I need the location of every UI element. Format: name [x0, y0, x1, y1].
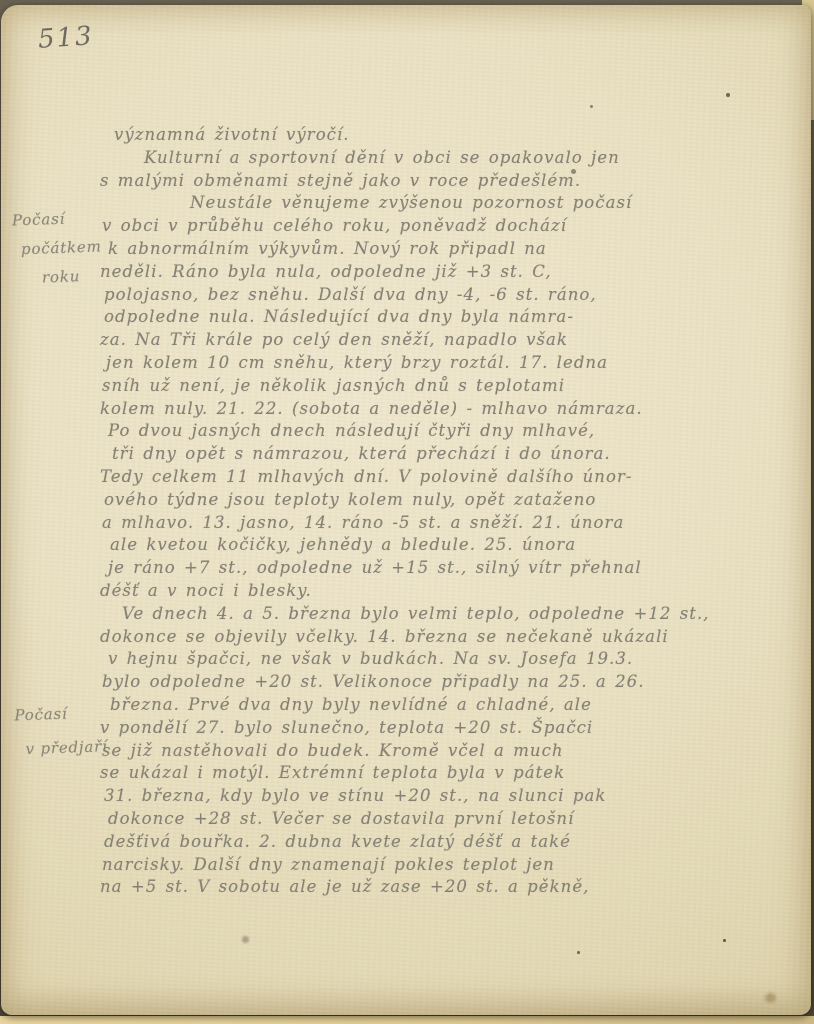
- handwritten-line: k abnormálním výkyvům. Nový rok připadl …: [100, 238, 748, 261]
- margin-note-line: počátkem: [9, 232, 102, 264]
- margin-note-weather-start-of-year: Počasí počátkem roku: [8, 203, 103, 293]
- handwritten-line: Kulturní a sportovní dění v obci se opak…: [100, 147, 748, 170]
- scanned-page-photo: 513 Počasí počátkem roku Počasí v předja…: [0, 0, 814, 1024]
- handwritten-line: března. Prvé dva dny byly nevlídné a chl…: [100, 694, 748, 717]
- handwritten-line: Po dvou jasných dnech následují čtyři dn…: [100, 420, 748, 443]
- handwritten-line: bylo odpoledne +20 st. Velikonoce připad…: [100, 671, 748, 694]
- handwritten-line: ale kvetou kočičky, jehnědy a bledule. 2…: [100, 534, 748, 557]
- margin-note-line: Počasí: [8, 203, 101, 235]
- paper-speck: [242, 936, 249, 943]
- handwritten-line: dokonce +28 st. Večer se dostavila první…: [100, 808, 748, 831]
- handwritten-line: dešťivá bouřka. 2. dubna kvete zlatý déš…: [100, 831, 748, 854]
- handwritten-line: tři dny opět s námrazou, která přechází …: [100, 443, 748, 466]
- handwritten-line: Tedy celkem 11 mlhavých dní. V polovině …: [100, 466, 748, 489]
- underlying-sheet-edge-bottom: [0, 1016, 814, 1024]
- margin-note-line: roku: [10, 261, 103, 293]
- handwritten-line: významná životní výročí.: [100, 124, 748, 147]
- page-number: 513: [37, 21, 95, 55]
- paper-stain: [765, 993, 776, 1003]
- handwritten-line: Neustále věnujeme zvýšenou pozornost poč…: [100, 192, 748, 215]
- chronicle-page: 513 Počasí počátkem roku Počasí v předja…: [1, 5, 811, 1015]
- paper-speck: [723, 939, 726, 942]
- handwritten-line: déšť a v noci i blesky.: [100, 580, 748, 603]
- handwritten-line: neděli. Ráno byla nula, odpoledne již +3…: [100, 261, 748, 284]
- handwritten-line: Ve dnech 4. a 5. března bylo velmi teplo…: [100, 603, 748, 626]
- paper-speck: [726, 93, 730, 97]
- margin-note-line: Počasí: [8, 695, 101, 732]
- handwritten-line: 31. března, kdy bylo ve stínu +20 st., n…: [100, 785, 748, 808]
- handwritten-line: narcisky. Další dny znamenají pokles tep…: [100, 854, 748, 877]
- handwritten-line: odpoledne nula. Následující dva dny byla…: [100, 306, 748, 329]
- handwritten-line: polojasno, bez sněhu. Další dva dny -4, …: [100, 284, 748, 307]
- handwritten-line: je ráno +7 st., odpoledne už +15 st., si…: [100, 557, 748, 580]
- handwritten-line: dokonce se objevily včelky. 14. března s…: [100, 626, 748, 649]
- margin-note-weather-early-spring: Počasí v předjaří: [8, 695, 102, 766]
- handwritten-line: za. Na Tři krále po celý den sněží, napa…: [100, 329, 748, 352]
- handwritten-line: se již nastěhovali do budek. Kromě včel …: [100, 740, 748, 763]
- handwritten-body-text: významná životní výročí. Kulturní a spor…: [100, 124, 748, 899]
- handwritten-line: se ukázal i motýl. Extrémní teplota byla…: [100, 762, 748, 785]
- handwritten-line: v obci v průběhu celého roku, poněvadž d…: [100, 215, 748, 238]
- handwritten-line: v hejnu špačci, ne však v budkách. Na sv…: [100, 648, 748, 671]
- handwritten-line: v pondělí 27. bylo slunečno, teplota +20…: [100, 717, 748, 740]
- margin-note-line: v předjaří: [9, 729, 102, 766]
- handwritten-line: sníh už není, je několik jasných dnů s t…: [100, 375, 748, 398]
- paper-speck: [590, 105, 593, 108]
- paper-speck: [577, 951, 580, 954]
- handwritten-line: a mlhavo. 13. jasno, 14. ráno -5 st. a s…: [100, 512, 748, 535]
- handwritten-line: s malými obměnami stejně jako v roce pře…: [100, 170, 748, 193]
- handwritten-line: ového týdne jsou teploty kolem nuly, opě…: [100, 489, 748, 512]
- handwritten-line: na +5 st. V sobotu ale je už zase +20 st…: [100, 876, 748, 899]
- handwritten-line: jen kolem 10 cm sněhu, který brzy roztál…: [100, 352, 748, 375]
- handwritten-line: kolem nuly. 21. 22. (sobota a neděle) - …: [100, 398, 748, 421]
